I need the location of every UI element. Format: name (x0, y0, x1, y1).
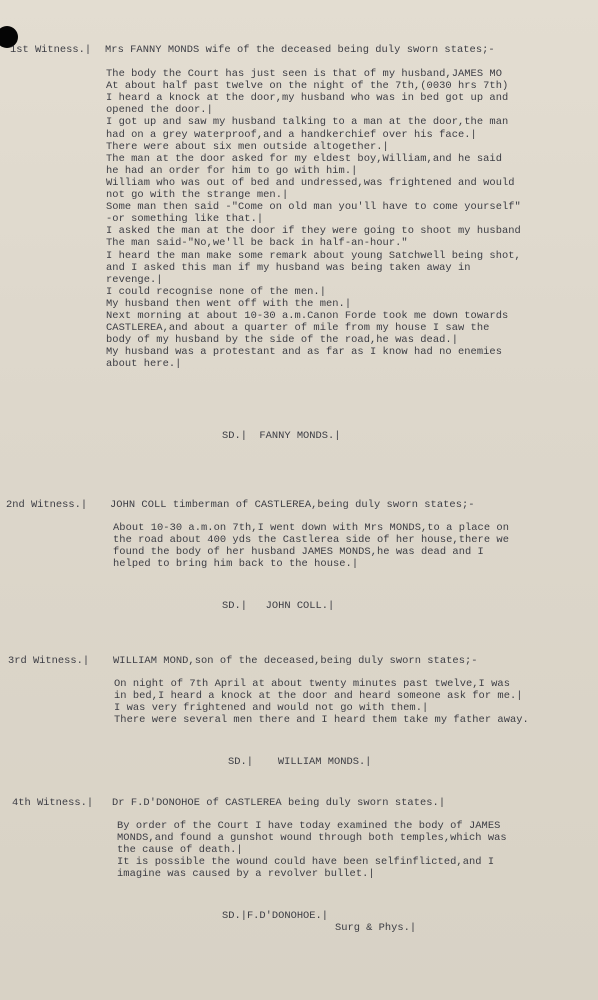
statement-line: found the body of her husband JAMES MOND… (113, 546, 484, 558)
typewritten-page: 1st Witness.| Mrs FANNY MONDS wife of th… (0, 0, 598, 1000)
statement-line: My husband then went off with the men.| (106, 298, 351, 310)
witness-3-signature: SD.| WILLIAM MONDS.| (228, 756, 371, 768)
statement-line: the road about 400 yds the Castlerea sid… (113, 534, 509, 546)
statement-line: The man said-"No,we'll be back in half-a… (106, 237, 408, 249)
witness-2-signature: SD.| JOHN COLL.| (222, 600, 334, 612)
statement-line: The body the Court has just seen is that… (106, 68, 502, 80)
statement-line: I could recognise none of the men.| (106, 286, 326, 298)
statement-line: body of my husband by the side of the ro… (106, 334, 458, 346)
statement-line: There were several men there and I heard… (114, 714, 529, 726)
statement-line: At about half past twelve on the night o… (106, 80, 508, 92)
statement-line: About 10-30 a.m.on 7th,I went down with … (113, 522, 509, 534)
statement-line: The man at the door asked for my eldest … (106, 153, 502, 165)
statement-line: I heard a knock at the door,my husband w… (106, 92, 508, 104)
statement-line: had on a grey waterproof,and a handkerch… (106, 129, 477, 141)
witness-4-heading: Dr F.D'DONOHOE of CASTLEREA being duly s… (112, 797, 445, 809)
statement-line: about here.| (106, 358, 181, 370)
witness-4-signature: SD.|F.D'DONOHOE.| (222, 910, 328, 922)
witness-4-signature-title: Surg & Phys.| (335, 922, 416, 934)
statement-line: imagine was caused by a revolver bullet.… (117, 868, 375, 880)
witness-3-label: 3rd Witness.| (8, 655, 89, 667)
statement-line: in bed,I heard a knock at the door and h… (114, 690, 523, 702)
statement-line: It is possible the wound could have been… (117, 856, 494, 868)
witness-1-label: 1st Witness.| (10, 44, 91, 56)
statement-line: CASTLEREA,and about a quarter of mile fr… (106, 322, 489, 334)
statement-line: On night of 7th April at about twenty mi… (114, 678, 510, 690)
statement-line: he had an order for him to go with him.| (106, 165, 357, 177)
witness-3-heading: WILLIAM MOND,son of the deceased,being d… (113, 655, 478, 667)
statement-line: There were about six men outside altoget… (106, 141, 389, 153)
statement-line: not go with the strange men.| (106, 189, 288, 201)
statement-line: -or something like that.| (106, 213, 263, 225)
statement-line: I was very frightened and would not go w… (114, 702, 428, 714)
witness-4-label: 4th Witness.| (12, 797, 93, 809)
statement-line: revenge.| (106, 274, 163, 286)
statement-line: Some man then said -"Come on old man you… (106, 201, 521, 213)
statement-line: My husband was a protestant and as far a… (106, 346, 502, 358)
statement-line: opened the door.| (106, 104, 213, 116)
statement-line: By order of the Court I have today exami… (117, 820, 500, 832)
witness-2-label: 2nd Witness.| (6, 499, 87, 511)
witness-2-heading: JOHN COLL timberman of CASTLEREA,being d… (110, 499, 475, 511)
statement-line: I got up and saw my husband talking to a… (106, 116, 508, 128)
statement-line: the cause of death.| (117, 844, 243, 856)
statement-line: MONDS,and found a gunshot wound through … (117, 832, 507, 844)
statement-line: William who was out of bed and undressed… (106, 177, 515, 189)
statement-line: I heard the man make some remark about y… (106, 250, 521, 262)
statement-line: Next morning at about 10-30 a.m.Canon Fo… (106, 310, 508, 322)
statement-line: I asked the man at the door if they were… (106, 225, 521, 237)
statement-line: and I asked this man if my husband was b… (106, 262, 471, 274)
witness-1-signature: SD.| FANNY MONDS.| (222, 430, 340, 442)
witness-1-heading: Mrs FANNY MONDS wife of the deceased bei… (105, 44, 495, 56)
statement-line: helped to bring him back to the house.| (113, 558, 358, 570)
